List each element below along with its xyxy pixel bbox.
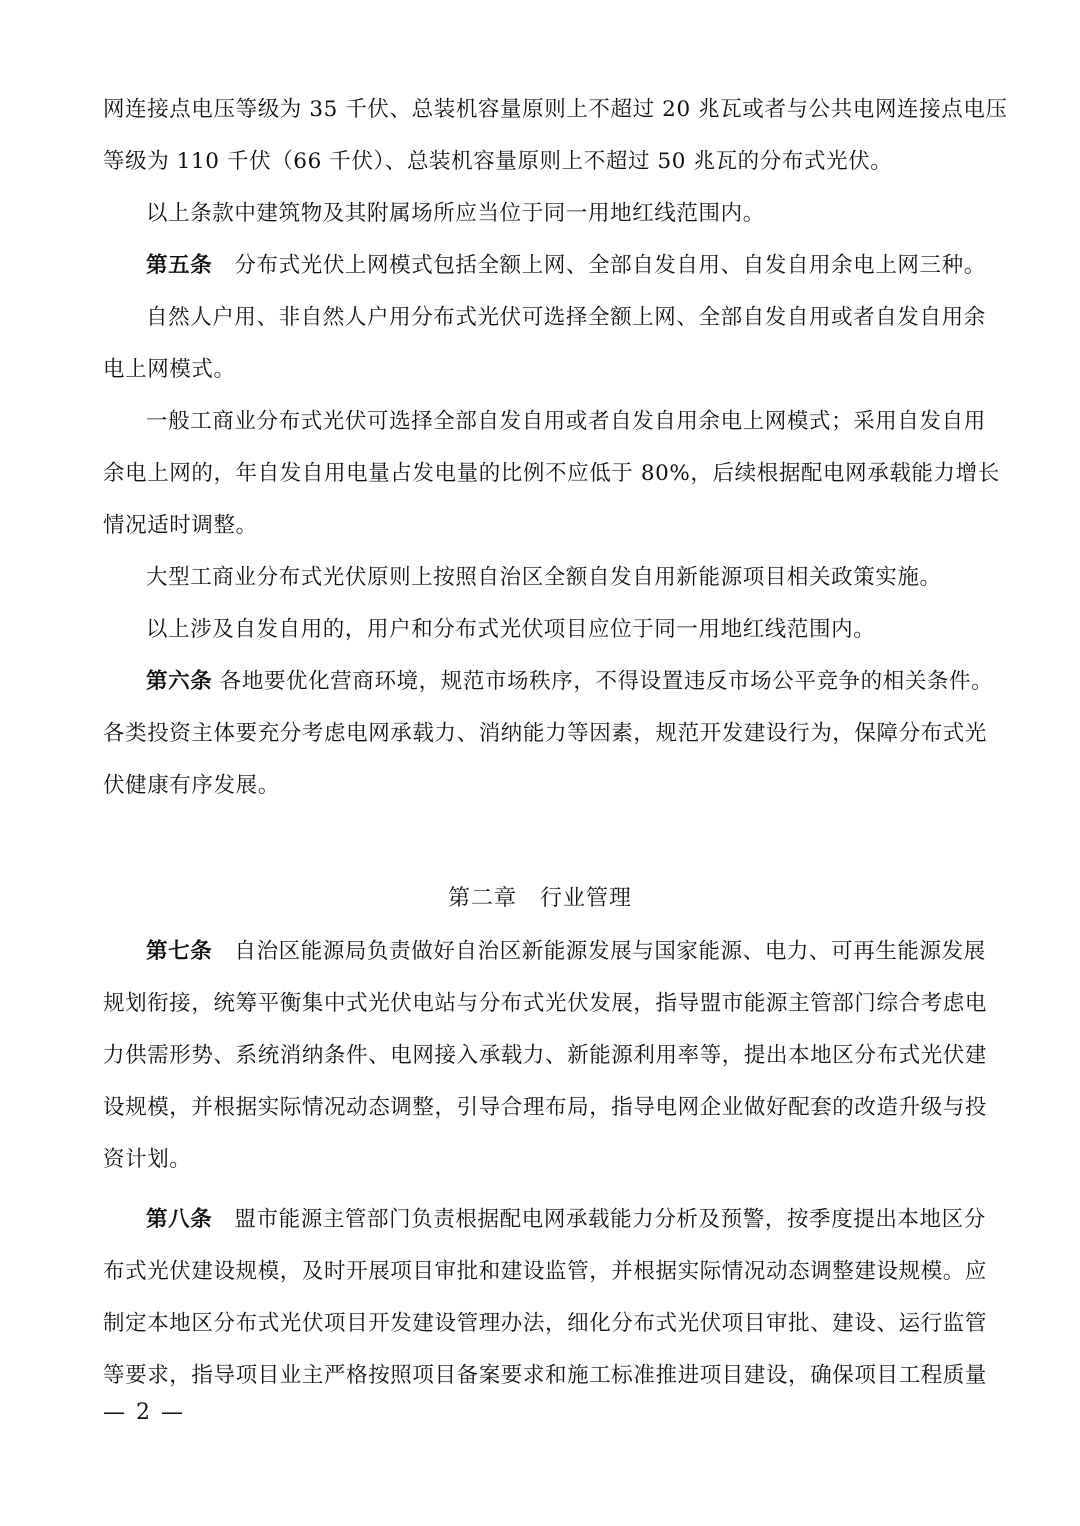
paragraph-line: 网连接点电压等级为 35 千伏、总装机容量原则上不超过 20 兆瓦或者与公共电网…	[103, 84, 1008, 136]
paragraph-line: 规划衔接，统筹平衡集中式光伏电站与分布式光伏发展，指导盟市能源主管部门综合考虑电	[103, 978, 987, 1030]
page-number: — 2 —	[103, 1398, 185, 1428]
paragraph-line: 制定本地区分布式光伏项目开发建设管理办法，细化分布式光伏项目审批、建设、运行监管	[103, 1298, 987, 1350]
paragraph-line: 等要求，指导项目业主严格按照项目备案要求和施工标准推进项目建设，确保项目工程质量	[103, 1350, 987, 1402]
paragraph-line: 伏健康有序发展。	[103, 760, 280, 812]
paragraph-line: 以上条款中建筑物及其附属场所应当位于同一用地红线范围内。	[146, 188, 765, 240]
article-5-line: 第五条 分布式光伏上网模式包括全额上网、全部自发自用、自发自用余电上网三种。	[146, 240, 986, 292]
paragraph-line: 一般工商业分布式光伏可选择全部自发自用或者自发自用余电上网模式；采用自发自用	[146, 396, 986, 448]
paragraph-line: 资计划。	[103, 1134, 191, 1186]
paragraph-line: 各类投资主体要充分考虑电网承载力、消纳能力等因素，规范开发建设行为，保障分布式光	[103, 708, 987, 760]
paragraph-line: 力供需形势、系统消纳条件、电网接入承载力、新能源利用率等，提出本地区分布式光伏建	[103, 1030, 987, 1082]
paragraph-line: 等级为 110 千伏（66 千伏）、总装机容量原则上不超过 50 兆瓦的分布式光…	[103, 136, 892, 188]
paragraph-line: 电上网模式。	[103, 344, 236, 396]
paragraph-line: 设规模，并根据实际情况动态调整，引导合理布局，指导电网企业做好配套的改造升级与投	[103, 1082, 987, 1134]
article-label: 第七条	[146, 939, 212, 964]
article-6-line: 第六条 各地要优化营商环境，规范市场秩序，不得设置违反市场公平竞争的相关条件。	[146, 656, 993, 708]
paragraph-line: 自然人户用、非自然人户用分布式光伏可选择全额上网、全部自发自用或者自发自用余	[146, 292, 986, 344]
paragraph-line: 情况适时调整。	[103, 500, 258, 552]
paragraph-line: 以上涉及自发自用的，用户和分布式光伏项目应位于同一用地红线范围内。	[146, 604, 875, 656]
article-text: 分布式光伏上网模式包括全额上网、全部自发自用、自发自用余电上网三种。	[212, 253, 986, 278]
article-label: 第八条	[146, 1207, 212, 1232]
paragraph-line: 余电上网的，年自发自用电量占发电量的比例不应低于 80%，后续根据配电网承载能力…	[103, 448, 1000, 500]
chapter-title: 第二章 行业管理	[103, 873, 977, 925]
article-8-line: 第八条 盟市能源主管部门负责根据配电网承载能力分析及预警，按季度提出本地区分	[146, 1194, 986, 1246]
article-label: 第五条	[146, 253, 212, 278]
article-label: 第六条	[146, 669, 212, 694]
article-text: 各地要优化营商环境，规范市场秩序，不得设置违反市场公平竞争的相关条件。	[212, 669, 993, 694]
article-text: 盟市能源主管部门负责根据配电网承载能力分析及预警，按季度提出本地区分	[212, 1207, 986, 1232]
article-text: 自治区能源局负责做好自治区新能源发展与国家能源、电力、可再生能源发展	[212, 939, 986, 964]
paragraph-line: 布式光伏建设规模，及时开展项目审批和建设监管，并根据实际情况动态调整建设规模。应	[103, 1246, 987, 1298]
paragraph-line: 大型工商业分布式光伏原则上按照自治区全额自发自用新能源项目相关政策实施。	[146, 552, 942, 604]
article-7-line: 第七条 自治区能源局负责做好自治区新能源发展与国家能源、电力、可再生能源发展	[146, 926, 986, 978]
